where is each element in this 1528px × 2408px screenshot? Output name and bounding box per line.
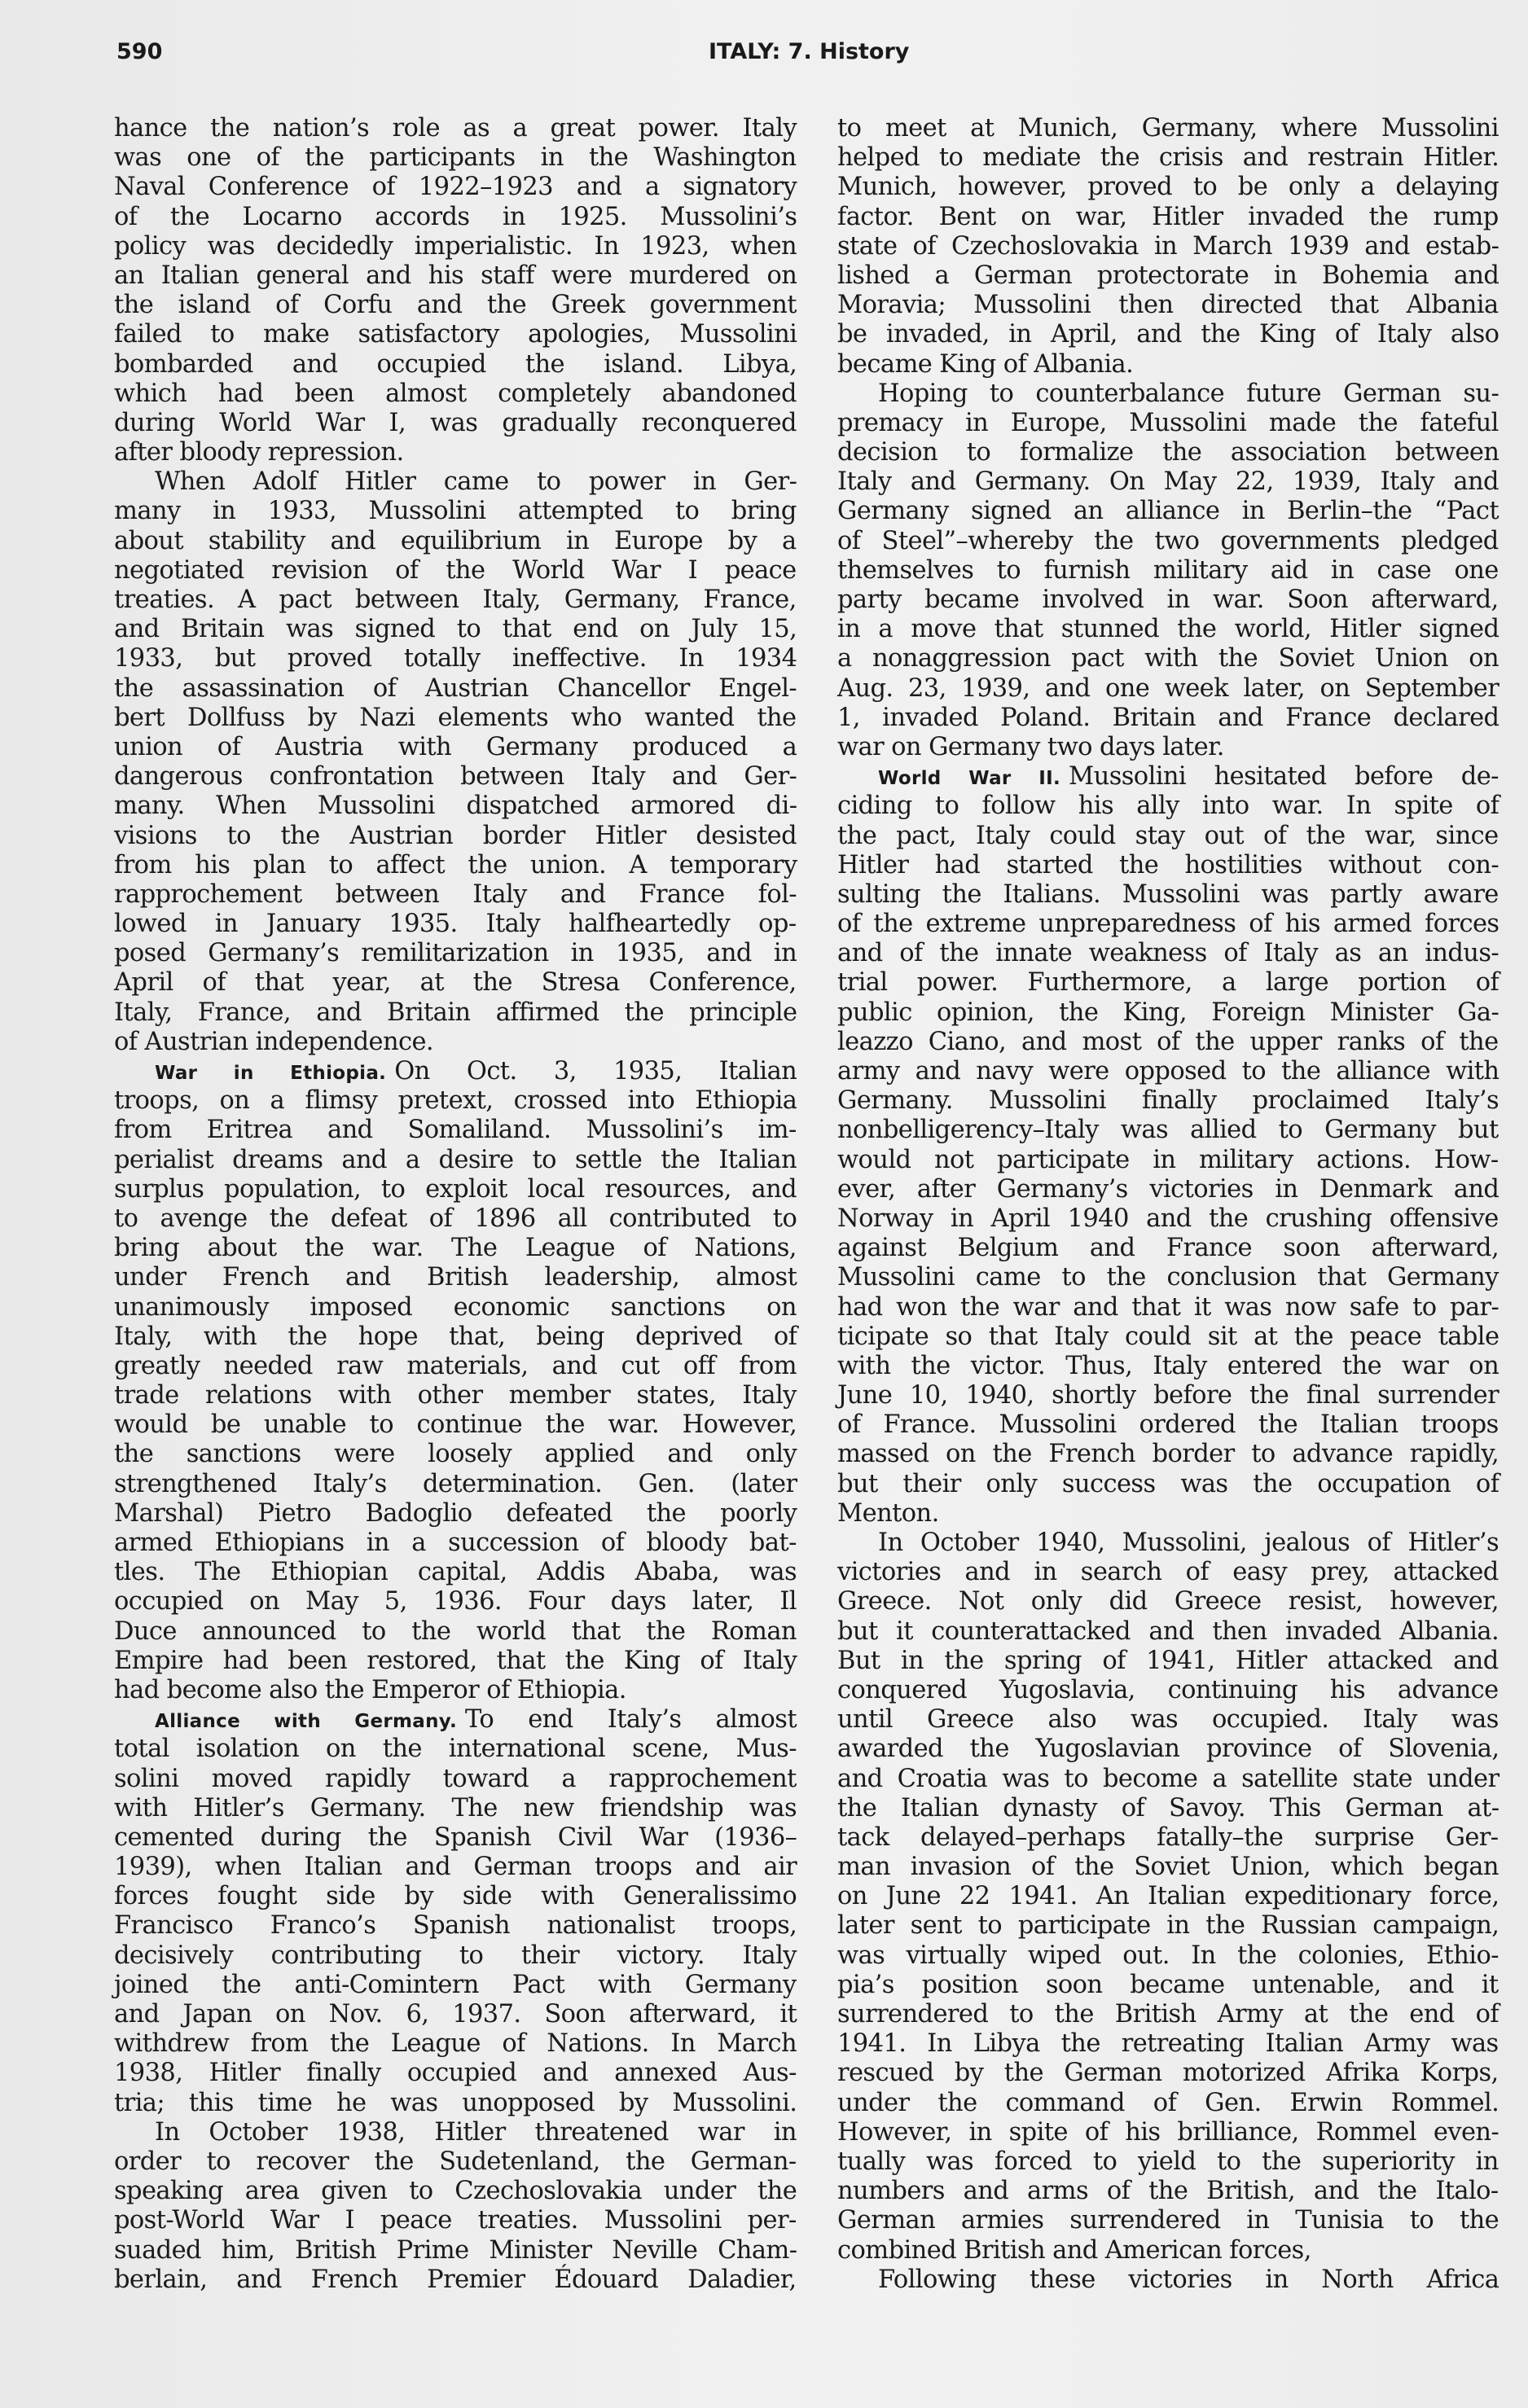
- line-text: many. When Mussolini dispatched armored …: [114, 792, 797, 820]
- line-text: leazzo Ciano, and most of the upper rank…: [837, 1028, 1499, 1056]
- line-text: treaties. A pact between Italy, Germany,…: [114, 586, 797, 614]
- line-text: cemented during the Spanish Civil War (1…: [114, 1823, 797, 1852]
- line-text: premacy in Europe, Mussolini made the fa…: [837, 409, 1499, 437]
- line-text: was one of the participants in the Washi…: [114, 143, 797, 172]
- paragraph-line: from his plan to affect the union. A tem…: [114, 851, 797, 880]
- line-text: in a move that stunned the world, Hitler…: [837, 615, 1499, 643]
- paragraph-line: bombarded and occupied the island. Libya…: [114, 350, 797, 379]
- line-text: joined the anti-Comintern Pact with Germ…: [114, 1971, 797, 1999]
- paragraph-line: June 10, 1940, shortly before the final …: [837, 1381, 1499, 1410]
- line-text: the pact, Italy could stay out of the wa…: [837, 822, 1499, 850]
- paragraph-line: nonbelligerency–Italy was allied to Germ…: [837, 1116, 1499, 1145]
- paragraph-line: union of Austria with Germany produced a: [114, 733, 797, 762]
- paragraph-line: themselves to furnish military aid in ca…: [837, 556, 1499, 586]
- paragraph-line: many in 1933, Mussolini attempted to bri…: [114, 497, 797, 526]
- line-text: bert Dollfuss by Nazi elements who wante…: [114, 704, 797, 732]
- line-text: union of Austria with Germany produced a: [114, 733, 797, 761]
- paragraph-line: in a move that stunned the world, Hitler…: [837, 615, 1499, 644]
- paragraph-line: against Belgium and France soon afterwar…: [837, 1234, 1499, 1263]
- paragraph-line: forces fought side by side with Generali…: [114, 1882, 797, 1911]
- paragraph-line: during World War I, was gradually reconq…: [114, 409, 797, 438]
- paragraph-line: total isolation on the international sce…: [114, 1735, 797, 1764]
- line-text: and Britain was signed to that end on Ju…: [114, 615, 797, 643]
- paragraph-line: Munich, however, proved to be only a del…: [837, 173, 1499, 202]
- paragraph-line: but it counterattacked and then invaded …: [837, 1617, 1499, 1647]
- line-text: Aug. 23, 1939, and one week later, on Se…: [837, 674, 1499, 703]
- paragraph-line: tack delayed–perhaps fatally–the surpris…: [837, 1823, 1499, 1853]
- paragraph-line: But in the spring of 1941, Hitler attack…: [837, 1647, 1499, 1676]
- paragraph-line: tles. The Ethiopian capital, Addis Ababa…: [114, 1558, 797, 1587]
- line-text: 1933, but proved totally ineffective. In…: [114, 644, 797, 673]
- line-text: In October 1938, Hitler threatened war i…: [155, 2118, 797, 2147]
- line-text: tles. The Ethiopian capital, Addis Ababa…: [114, 1558, 797, 1586]
- paragraph-line: berlain, and French Premier Édouard Dala…: [114, 2265, 797, 2295]
- paragraph-line: to avenge the defeat of 1896 all contrib…: [114, 1204, 797, 1234]
- line-text: of the Locarno accords in 1925. Mussolin…: [114, 203, 797, 231]
- line-text: on June 22 1941. An Italian expeditionar…: [837, 1882, 1499, 1910]
- paragraph-line: In October 1938, Hitler threatened war i…: [114, 2118, 797, 2147]
- paragraph-line: Norway in April 1940 and the crushing of…: [837, 1204, 1499, 1234]
- paragraph-line: the sanctions were loosely applied and o…: [114, 1440, 797, 1469]
- paragraph-line: after bloody repression.: [114, 438, 797, 467]
- paragraph-line: and of the innate weakness of Italy as a…: [837, 939, 1499, 968]
- line-text: Following these victories in North Afric…: [878, 2265, 1499, 2294]
- paragraph-line: Italy, France, and Britain affirmed the …: [114, 998, 797, 1028]
- paragraph-line: 1941. In Libya the retreating Italian Ar…: [837, 2029, 1499, 2059]
- paragraph-line: post-World War I peace treaties. Mussoli…: [114, 2206, 797, 2235]
- line-text: and Croatia was to become a satellite st…: [837, 1765, 1499, 1793]
- paragraph-line: hance the nation’s role as a great power…: [114, 114, 797, 143]
- line-text: public opinion, the King, Foreign Minist…: [837, 998, 1499, 1027]
- line-text: Hitler had started the hostilities witho…: [837, 851, 1499, 879]
- paragraph-line: ciding to follow his ally into war. In s…: [837, 792, 1499, 821]
- paragraph-line: negotiated revision of the World War I p…: [114, 556, 797, 586]
- paragraph-line: the assassination of Austrian Chancellor…: [114, 674, 797, 704]
- line-text: armed Ethiopians in a succession of bloo…: [114, 1529, 797, 1557]
- line-text: berlain, and French Premier Édouard Dala…: [114, 2265, 797, 2294]
- paragraph-line: suaded him, British Prime Minister Nevil…: [114, 2236, 797, 2265]
- paragraph-line: a nonaggression pact with the Soviet Uni…: [837, 644, 1499, 673]
- paragraph-line: with the victor. Thus, Italy entered the…: [837, 1352, 1499, 1381]
- line-text: from his plan to affect the union. A tem…: [114, 851, 797, 879]
- paragraph-line: would be unable to continue the war. How…: [114, 1410, 797, 1440]
- line-text: solini moved rapidly toward a rapprochem…: [114, 1765, 797, 1793]
- line-text: April of that year, at the Stresa Confer…: [114, 968, 797, 997]
- paragraph-line: 1933, but proved totally ineffective. In…: [114, 644, 797, 673]
- line-text: but it counterattacked and then invaded …: [837, 1617, 1499, 1646]
- line-text: an Italian general and his staff were mu…: [114, 261, 797, 290]
- paragraph-line: until Greece also was occupied. Italy wa…: [837, 1705, 1499, 1735]
- line-text: ciding to follow his ally into war. In s…: [837, 792, 1499, 820]
- line-text: many in 1933, Mussolini attempted to bri…: [114, 497, 797, 525]
- paragraph-line: of France. Mussolini ordered the Italian…: [837, 1410, 1499, 1440]
- line-text: massed on the French border to advance r…: [837, 1440, 1499, 1468]
- line-text: Italy, France, and Britain affirmed the …: [114, 998, 797, 1027]
- paragraph-line-with-subheading: War in Ethiopia.On Oct. 3, 1935, Italian: [114, 1057, 797, 1086]
- line-text: under the command of Gen. Erwin Rommel.: [837, 2089, 1499, 2117]
- line-text: withdrew from the League of Nations. In …: [114, 2029, 797, 2058]
- line-text: later sent to participate in the Russian…: [837, 1911, 1499, 1940]
- line-text: 1939), when Italian and German troops an…: [114, 1853, 797, 1881]
- paragraph-line: to meet at Munich, Germany, where Mussol…: [837, 114, 1499, 143]
- paragraph-line: bring about the war. The League of Natio…: [114, 1234, 797, 1263]
- paragraph-line: party became involved in war. Soon after…: [837, 586, 1499, 615]
- line-text: conquered Yugoslavia, continuing his adv…: [837, 1676, 1499, 1704]
- paragraph-line: factor. Bent on war, Hitler invaded the …: [837, 203, 1499, 232]
- paragraph-line: Empire had been restored, that the King …: [114, 1647, 797, 1676]
- line-text: Italy and Germany. On May 22, 1939, Ital…: [837, 467, 1499, 496]
- section-subheading: Alliance with Germany.: [155, 1711, 457, 1732]
- line-text: of Steel”–whereby the two governments pl…: [837, 527, 1499, 555]
- paragraph-line: but their only success was the occupatio…: [837, 1470, 1499, 1499]
- line-text: 1, invaded Poland. Britain and France de…: [837, 704, 1499, 732]
- paragraph-line: German armies surrendered in Tunisia to …: [837, 2206, 1499, 2235]
- line-text: lowed in January 1935. Italy halfhearted…: [114, 910, 797, 938]
- paragraph-line: greatly needed raw materials, and cut of…: [114, 1352, 797, 1381]
- line-text: Munich, however, proved to be only a del…: [837, 173, 1499, 201]
- paragraph-line: armed Ethiopians in a succession of bloo…: [114, 1529, 797, 1558]
- line-text: bring about the war. The League of Natio…: [114, 1234, 797, 1262]
- line-text: Menton.: [837, 1499, 939, 1528]
- line-text: Italy, with the hope that, being deprive…: [114, 1322, 797, 1351]
- line-text: hance the nation’s role as a great power…: [114, 114, 797, 143]
- paragraph-line: trial power. Furthermore, a large portio…: [837, 968, 1499, 998]
- paragraph-line: 1, invaded Poland. Britain and France de…: [837, 704, 1499, 733]
- paragraph-line: Menton.: [837, 1499, 1499, 1529]
- line-text: To end Italy’s almost: [465, 1705, 797, 1734]
- line-text: about stability and equilibrium in Europ…: [114, 527, 797, 555]
- line-text: and of the innate weakness of Italy as a…: [837, 939, 1499, 967]
- paragraph-line: sulting the Italians. Mussolini was part…: [837, 880, 1499, 910]
- paragraph-line: the Italian dynasty of Savoy. This Germa…: [837, 1794, 1499, 1823]
- line-text: policy was decidedly imperialistic. In 1…: [114, 232, 797, 261]
- line-text: suaded him, British Prime Minister Nevil…: [114, 2236, 797, 2265]
- paragraph-line: of Steel”–whereby the two governments pl…: [837, 527, 1499, 556]
- line-text: forces fought side by side with Generali…: [114, 1882, 797, 1910]
- line-text: until Greece also was occupied. Italy wa…: [837, 1705, 1499, 1734]
- line-text: ever, after Germany’s victories in Denma…: [837, 1175, 1499, 1204]
- line-text: numbers and arms of the British, and the…: [837, 2177, 1499, 2205]
- line-text: tria; this time he was unopposed by Muss…: [114, 2089, 797, 2117]
- paragraph-line: tria; this time he was unopposed by Muss…: [114, 2089, 797, 2118]
- line-text: was virtually wiped out. In the colonies…: [837, 1941, 1499, 1970]
- paragraph-line: surrendered to the British Army at the e…: [837, 2000, 1499, 2029]
- paragraph-line: unanimously imposed economic sanctions o…: [114, 1293, 797, 1322]
- paragraph-line: Hitler had started the hostilities witho…: [837, 851, 1499, 880]
- paragraph-line: failed to make satisfactory apologies, M…: [114, 320, 797, 349]
- line-text: June 10, 1940, shortly before the final …: [837, 1381, 1499, 1410]
- line-text: Naval Conference of 1922–1923 and a sign…: [114, 173, 797, 201]
- paragraph-line: the pact, Italy could stay out of the wa…: [837, 822, 1499, 851]
- paragraph-line: Duce announced to the world that the Rom…: [114, 1617, 797, 1647]
- paragraph-line: 1939), when Italian and German troops an…: [114, 1853, 797, 1882]
- line-text: Empire had been restored, that the King …: [114, 1647, 797, 1675]
- line-text: after bloody repression.: [114, 438, 404, 467]
- line-text: 1938, Hitler finally occupied and annexe…: [114, 2059, 797, 2087]
- paragraph-line: leazzo Ciano, and most of the upper rank…: [837, 1028, 1499, 1057]
- paragraph-line: of the Locarno accords in 1925. Mussolin…: [114, 203, 797, 232]
- line-text: army and navy were opposed to the allian…: [837, 1057, 1499, 1086]
- line-text: during World War I, was gradually reconq…: [114, 409, 797, 437]
- line-text: Germany. Mussolini finally proclaimed It…: [837, 1086, 1499, 1115]
- line-text: Greece. Not only did Greece resist, howe…: [837, 1587, 1499, 1616]
- paragraph-line: April of that year, at the Stresa Confer…: [114, 968, 797, 998]
- paragraph-line: lished a German protectorate in Bohemia …: [837, 261, 1499, 291]
- paragraph-line: Moravia; Mussolini then directed that Al…: [837, 291, 1499, 320]
- paragraph-line: bert Dollfuss by Nazi elements who wante…: [114, 704, 797, 733]
- line-text: Duce announced to the world that the Rom…: [114, 1617, 797, 1646]
- line-text: sulting the Italians. Mussolini was part…: [837, 880, 1499, 909]
- line-text: the assassination of Austrian Chancellor…: [114, 674, 797, 703]
- paragraph-line: Germany signed an alliance in Berlin–the…: [837, 497, 1499, 526]
- paragraph-line: decision to formalize the association be…: [837, 438, 1499, 467]
- line-text: 1941. In Libya the retreating Italian Ar…: [837, 2029, 1499, 2058]
- paragraph-line: would not participate in military action…: [837, 1146, 1499, 1175]
- paragraph-line: was one of the participants in the Washi…: [114, 143, 797, 173]
- paragraph-line: rescued by the German motorized Afrika K…: [837, 2059, 1499, 2088]
- line-text: ticipate so that Italy could sit at the …: [837, 1322, 1499, 1351]
- paragraph-line: later sent to participate in the Russian…: [837, 1911, 1499, 1941]
- line-text: nonbelligerency–Italy was allied to Germ…: [837, 1116, 1499, 1144]
- section-title: ITALY: 7. History: [709, 39, 909, 64]
- section-subheading: War in Ethiopia.: [155, 1063, 386, 1084]
- paragraph-line: perialist dreams and a desire to settle …: [114, 1146, 797, 1175]
- paragraph-line: victories and in search of easy prey, at…: [837, 1558, 1499, 1587]
- paragraph-line: strengthened Italy’s determination. Gen.…: [114, 1470, 797, 1499]
- paragraph-line: had become also the Emperor of Ethiopia.: [114, 1676, 797, 1705]
- paragraph-line: troops, on a flimsy pretext, crossed int…: [114, 1086, 797, 1116]
- line-text: of the extreme unpreparedness of his arm…: [837, 910, 1499, 938]
- line-text: under French and British leadership, alm…: [114, 1263, 797, 1292]
- paragraph-line: massed on the French border to advance r…: [837, 1440, 1499, 1469]
- line-text: German armies surrendered in Tunisia to …: [837, 2206, 1499, 2235]
- line-text: But in the spring of 1941, Hitler attack…: [837, 1647, 1499, 1675]
- line-text: total isolation on the international sce…: [114, 1735, 797, 1763]
- line-text: trial power. Furthermore, a large portio…: [837, 968, 1499, 997]
- line-text: post-World War I peace treaties. Mussoli…: [114, 2206, 797, 2235]
- line-text: helped to mediate the crisis and restrai…: [837, 143, 1499, 172]
- line-text: would be unable to continue the war. How…: [114, 1410, 797, 1439]
- line-text: but their only success was the occupatio…: [837, 1470, 1499, 1498]
- line-text: rescued by the German motorized Afrika K…: [837, 2059, 1499, 2087]
- paragraph-line: cemented during the Spanish Civil War (1…: [114, 1823, 797, 1853]
- line-text: had won the war and that it was now safe…: [837, 1293, 1499, 1322]
- line-text: Norway in April 1940 and the crushing of…: [837, 1204, 1499, 1233]
- line-text: unanimously imposed economic sanctions o…: [114, 1293, 797, 1322]
- line-text: strengthened Italy’s determination. Gen.…: [114, 1470, 797, 1498]
- paragraph-line: Greece. Not only did Greece resist, howe…: [837, 1587, 1499, 1616]
- line-text: When Adolf Hitler came to power in Ger-: [155, 467, 797, 496]
- paragraph-line: visions to the Austrian border Hitler de…: [114, 822, 797, 851]
- line-text: a nonaggression pact with the Soviet Uni…: [837, 644, 1499, 673]
- line-text: became King of Albania.: [837, 350, 1133, 379]
- paragraph-line: combined British and American forces,: [837, 2236, 1499, 2265]
- line-text: Marshal) Pietro Badoglio defeated the po…: [114, 1499, 797, 1528]
- line-text: occupied on May 5, 1936. Four days later…: [114, 1587, 797, 1616]
- paragraph-line: rapprochement between Italy and France f…: [114, 880, 797, 910]
- paragraph-line: Following these victories in North Afric…: [837, 2265, 1499, 2295]
- paragraph-line: Italy, with the hope that, being deprive…: [114, 1322, 797, 1352]
- left-text-column: hance the nation’s role as a great power…: [114, 114, 797, 2295]
- line-text: failed to make satisfactory apologies, M…: [114, 320, 797, 349]
- paragraph-line: In October 1940, Mussolini, jealous of H…: [837, 1529, 1499, 1558]
- paragraph-line: occupied on May 5, 1936. Four days later…: [114, 1587, 797, 1616]
- paragraph-line: army and navy were opposed to the allian…: [837, 1057, 1499, 1086]
- paragraph-line-with-subheading: World War II.Mussolini hesitated before …: [837, 762, 1499, 792]
- paragraph-line: helped to mediate the crisis and restrai…: [837, 143, 1499, 173]
- paragraph-line: numbers and arms of the British, and the…: [837, 2177, 1499, 2206]
- paragraph-line: posed Germany’s remilitarization in 1935…: [114, 939, 797, 968]
- line-text: order to recover the Sudetenland, the Ge…: [114, 2147, 797, 2176]
- paragraph-line: of Austrian independence.: [114, 1028, 797, 1057]
- paragraph-line: with Hitler’s Germany. The new friendshi…: [114, 1794, 797, 1823]
- line-text: factor. Bent on war, Hitler invaded the …: [837, 203, 1499, 231]
- line-text: dangerous confrontation between Italy an…: [114, 762, 797, 791]
- line-text: troops, on a flimsy pretext, crossed int…: [114, 1086, 797, 1115]
- line-text: trade relations with other member states…: [114, 1381, 797, 1410]
- page-number: 590: [116, 39, 162, 64]
- paragraph-line: withdrew from the League of Nations. In …: [114, 2029, 797, 2059]
- paragraph-line: public opinion, the King, Foreign Minist…: [837, 998, 1499, 1028]
- paragraph-line: under French and British leadership, alm…: [114, 1263, 797, 1292]
- line-text: man invasion of the Soviet Union, which …: [837, 1853, 1499, 1881]
- line-text: In October 1940, Mussolini, jealous of H…: [878, 1529, 1499, 1557]
- line-text: Moravia; Mussolini then directed that Al…: [837, 291, 1499, 319]
- paragraph-line: pia’s position soon became untenable, an…: [837, 1971, 1499, 2000]
- paragraph-line: However, in spite of his brilliance, Rom…: [837, 2118, 1499, 2147]
- line-text: pia’s position soon became untenable, an…: [837, 1971, 1499, 1999]
- paragraph-line: the island of Corfu and the Greek govern…: [114, 291, 797, 320]
- paragraph-line: ticipate so that Italy could sit at the …: [837, 1322, 1499, 1352]
- paragraph-line: Italy and Germany. On May 22, 1939, Ital…: [837, 467, 1499, 497]
- line-text: war on Germany two days later.: [837, 733, 1224, 761]
- paragraph-line: surplus population, to exploit local res…: [114, 1175, 797, 1204]
- paragraph-line: on June 22 1941. An Italian expeditionar…: [837, 1882, 1499, 1911]
- line-text: state of Czechoslovakia in March 1939 an…: [837, 232, 1499, 261]
- paragraph-line: tually was forced to yield to the superi…: [837, 2147, 1499, 2177]
- paragraph-line: Hoping to counterbalance future German s…: [837, 379, 1499, 409]
- paragraph-line: and Croatia was to become a satellite st…: [837, 1765, 1499, 1794]
- line-text: Francisco Franco’s Spanish nationalist t…: [114, 1911, 797, 1940]
- line-text: However, in spite of his brilliance, Rom…: [837, 2118, 1499, 2147]
- line-text: to avenge the defeat of 1896 all contrib…: [114, 1204, 797, 1233]
- line-text: combined British and American forces,: [837, 2236, 1311, 2265]
- paragraph-line: order to recover the Sudetenland, the Ge…: [114, 2147, 797, 2177]
- paragraph-line: of the extreme unpreparedness of his arm…: [837, 910, 1499, 939]
- document-page: 590 ITALY: 7. History hance the nation’s…: [0, 0, 1528, 2408]
- paragraph-line: When Adolf Hitler came to power in Ger-: [114, 467, 797, 497]
- paragraph-line: and Britain was signed to that end on Ju…: [114, 615, 797, 644]
- line-text: negotiated revision of the World War I p…: [114, 556, 797, 585]
- paragraph-line: which had been almost completely abandon…: [114, 379, 797, 409]
- line-text: would not participate in military action…: [837, 1146, 1499, 1174]
- paragraph-line: solini moved rapidly toward a rapprochem…: [114, 1765, 797, 1794]
- line-text: greatly needed raw materials, and cut of…: [114, 1352, 797, 1380]
- paragraph-line: was virtually wiped out. In the colonies…: [837, 1941, 1499, 1971]
- line-text: Mussolini hesitated before de-: [1069, 762, 1499, 791]
- line-text: which had been almost completely abandon…: [114, 379, 797, 408]
- paragraph-line-with-subheading: Alliance with Germany.To end Italy’s alm…: [114, 1705, 797, 1735]
- line-text: surrendered to the British Army at the e…: [837, 2000, 1499, 2029]
- line-text: posed Germany’s remilitarization in 1935…: [114, 939, 797, 967]
- line-text: lished a German protectorate in Bohemia …: [837, 261, 1499, 290]
- line-text: perialist dreams and a desire to settle …: [114, 1146, 797, 1174]
- line-text: themselves to furnish military aid in ca…: [837, 556, 1499, 585]
- line-text: against Belgium and France soon afterwar…: [837, 1234, 1499, 1262]
- line-text: surplus population, to exploit local res…: [114, 1175, 797, 1204]
- line-text: Hoping to counterbalance future German s…: [878, 379, 1499, 408]
- paragraph-line: conquered Yugoslavia, continuing his adv…: [837, 1676, 1499, 1705]
- line-text: and Japan on Nov. 6, 1937. Soon afterwar…: [114, 2000, 797, 2029]
- line-text: of France. Mussolini ordered the Italian…: [837, 1410, 1499, 1439]
- paragraph-line: Mussolini came to the conclusion that Ge…: [837, 1263, 1499, 1292]
- line-text: decision to formalize the association be…: [837, 438, 1499, 467]
- line-text: with the victor. Thus, Italy entered the…: [837, 1352, 1499, 1380]
- line-text: the Italian dynasty of Savoy. This Germa…: [837, 1794, 1499, 1822]
- right-text-column: to meet at Munich, Germany, where Mussol…: [837, 114, 1499, 2295]
- line-text: Germany signed an alliance in Berlin–the…: [837, 497, 1499, 525]
- paragraph-line: be invaded, in April, and the King of It…: [837, 320, 1499, 349]
- paragraph-line: 1938, Hitler finally occupied and annexe…: [114, 2059, 797, 2088]
- paragraph-line: premacy in Europe, Mussolini made the fa…: [837, 409, 1499, 438]
- paragraph-line: Aug. 23, 1939, and one week later, on Se…: [837, 674, 1499, 704]
- line-text: victories and in search of easy prey, at…: [837, 1558, 1499, 1586]
- line-text: the island of Corfu and the Greek govern…: [114, 291, 797, 319]
- paragraph-line: an Italian general and his staff were mu…: [114, 261, 797, 291]
- paragraph-line: joined the anti-Comintern Pact with Germ…: [114, 1971, 797, 2000]
- line-text: Mussolini came to the conclusion that Ge…: [837, 1263, 1499, 1292]
- line-text: awarded the Yugoslavian province of Slov…: [837, 1735, 1499, 1763]
- line-text: from Eritrea and Somaliland. Mussolini’s…: [114, 1116, 797, 1144]
- paragraph-line: had won the war and that it was now safe…: [837, 1293, 1499, 1322]
- line-text: tack delayed–perhaps fatally–the surpris…: [837, 1823, 1499, 1852]
- paragraph-line: awarded the Yugoslavian province of Slov…: [837, 1735, 1499, 1764]
- paragraph-line: trade relations with other member states…: [114, 1381, 797, 1410]
- paragraph-line: state of Czechoslovakia in March 1939 an…: [837, 232, 1499, 261]
- paragraph-line: man invasion of the Soviet Union, which …: [837, 1853, 1499, 1882]
- line-text: bombarded and occupied the island. Libya…: [114, 350, 797, 379]
- line-text: to meet at Munich, Germany, where Mussol…: [837, 114, 1499, 143]
- paragraph-line: became King of Albania.: [837, 350, 1499, 379]
- paragraph-line: and Japan on Nov. 6, 1937. Soon afterwar…: [114, 2000, 797, 2029]
- section-subheading: World War II.: [878, 768, 1060, 789]
- line-text: of Austrian independence.: [114, 1028, 433, 1056]
- paragraph-line: decisively contributing to their victory…: [114, 1941, 797, 1971]
- line-text: party became involved in war. Soon after…: [837, 586, 1499, 614]
- paragraph-line: speaking area given to Czechoslovakia un…: [114, 2177, 797, 2206]
- line-text: with Hitler’s Germany. The new friendshi…: [114, 1794, 797, 1822]
- line-text: On Oct. 3, 1935, Italian: [394, 1057, 797, 1086]
- line-text: the sanctions were loosely applied and o…: [114, 1440, 797, 1468]
- paragraph-line: treaties. A pact between Italy, Germany,…: [114, 586, 797, 615]
- line-text: had become also the Emperor of Ethiopia.: [114, 1676, 626, 1704]
- line-text: rapprochement between Italy and France f…: [114, 880, 797, 909]
- paragraph-line: Germany. Mussolini finally proclaimed It…: [837, 1086, 1499, 1116]
- paragraph-line: about stability and equilibrium in Europ…: [114, 527, 797, 556]
- paragraph-line: policy was decidedly imperialistic. In 1…: [114, 232, 797, 261]
- paragraph-line: dangerous confrontation between Italy an…: [114, 762, 797, 792]
- line-text: tually was forced to yield to the superi…: [837, 2147, 1499, 2176]
- paragraph-line: many. When Mussolini dispatched armored …: [114, 792, 797, 821]
- paragraph-line: Francisco Franco’s Spanish nationalist t…: [114, 1911, 797, 1941]
- line-text: visions to the Austrian border Hitler de…: [114, 822, 797, 850]
- paragraph-line: from Eritrea and Somaliland. Mussolini’s…: [114, 1116, 797, 1145]
- line-text: decisively contributing to their victory…: [114, 1941, 797, 1970]
- paragraph-line: ever, after Germany’s victories in Denma…: [837, 1175, 1499, 1204]
- line-text: be invaded, in April, and the King of It…: [837, 320, 1499, 349]
- running-header: 590 ITALY: 7. History: [116, 39, 1526, 72]
- paragraph-line: war on Germany two days later.: [837, 733, 1499, 762]
